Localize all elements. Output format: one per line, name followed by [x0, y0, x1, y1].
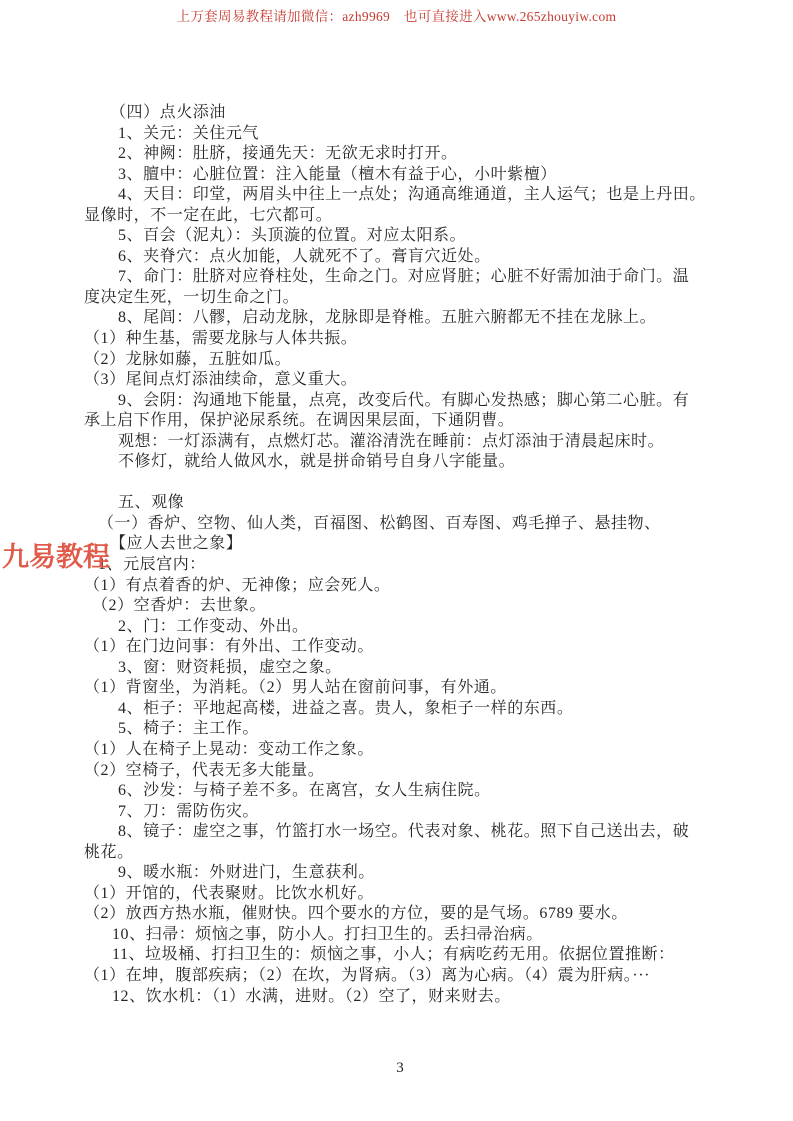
text-line: 观想：一灯添满有，点燃灯芯。灌浴清洗在睡前：点灯添油于清晨起床时。: [84, 432, 724, 453]
watermark-logo: 九易教程: [2, 543, 110, 571]
text-line: 2、门：工作变动、外出。: [84, 617, 724, 638]
text-line: 5、百会（泥丸）：头顶漩的位置。对应太阳系。: [84, 226, 724, 247]
text-line: 1、元辰宫内：: [84, 555, 724, 576]
text-line: 7、命门：肚脐对应脊柱处，生命之门。对应肾脏；心脏不好需加油于命门。温: [84, 267, 724, 288]
text-line: （1）背窗坐，为消耗。（2）男人站在窗前问事，有外通。: [84, 678, 724, 699]
text-line: 8、尾闾：八髎，启动龙脉，龙脉即是脊椎。五脏六腑都无不挂在龙脉上。: [84, 308, 724, 329]
text-line: 显像时，不一定在此，七穴都可。: [84, 206, 724, 227]
text-line: 4、天目：印堂，两眉头中往上一点处；沟通高维通道，主人运气；也是上丹田。: [84, 185, 724, 206]
text-line: 5、椅子：主工作。: [84, 719, 724, 740]
text-line: 1、关元：关住元气: [84, 124, 724, 145]
text-line: 6、沙发：与椅子差不多。在离宫，女人生病住院。: [84, 781, 724, 802]
text-line: （1）有点着香的炉、无神像；应会死人。: [84, 576, 724, 597]
document-page: 上万套周易教程请加微信：azh9969 也可直接进入www.265zhouyiw…: [0, 0, 793, 1121]
text-line: 4、柜子：平地起高楼，进益之喜。贵人，象柜子一样的东西。: [84, 699, 724, 720]
text-line: 2、神阙：肚脐，接通先天：无欲无求时打开。: [84, 144, 724, 165]
text-line: （2）龙脉如藤，五脏如瓜。: [84, 350, 724, 371]
text-line: 8、镜子：虚空之事，竹篮打水一场空。代表对象、桃花。照下自己送出去，破: [84, 822, 724, 843]
text-line: （3）尾间点灯添油续命，意义重大。: [84, 370, 724, 391]
text-line: 6、夹脊穴：点火加能，人就死不了。膏肓穴近处。: [84, 247, 724, 268]
text-line: 五、观像: [84, 493, 724, 514]
text-line: 【应人去世之象】: [84, 534, 724, 555]
text-line: 不修灯，就给人做风水，就是拼命销号自身八字能量。: [84, 452, 724, 473]
text-line: （四）点火添油: [84, 103, 724, 124]
text-line: （一）香炉、空物、仙人类，百福图、松鹤图、百寿图、鸡毛掸子、悬挂物、: [84, 514, 724, 535]
text-line: 3、窗：财资耗损，虚空之象。: [84, 658, 724, 679]
text-line: （1）在门边问事：有外出、工作变动。: [84, 637, 724, 658]
blank-line: [84, 473, 724, 494]
promo-header: 上万套周易教程请加微信：azh9969 也可直接进入www.265zhouyiw…: [0, 5, 793, 25]
text-line: 9、暖水瓶：外财进门，生意获利。: [84, 863, 724, 884]
text-line: 7、刀：需防伤灾。: [84, 802, 724, 823]
text-line: 度决定生死，一切生命之门。: [84, 288, 724, 309]
text-line: 承上启下作用，保护泌尿系统。在调因果层面，下通阴曹。: [84, 411, 724, 432]
text-line: 桃花。: [84, 843, 724, 864]
text-line: （2）空椅子，代表无多大能量。: [84, 761, 724, 782]
text-line: 9、会阴：沟通地下能量，点亮，改变后代。有脚心发热感；脚心第二心脏。有: [84, 391, 724, 412]
text-line: （1）人在椅子上晃动：变动工作之象。: [84, 740, 724, 761]
text-line: （1）在坤，腹部疾病；（2）在坎，为肾病。（3）离为心病。（4）震为肝病。···: [84, 966, 724, 987]
text-line: 11、垃圾桶、打扫卫生的：烦恼之事，小人；有病吃药无用。依据位置推断：: [84, 945, 724, 966]
text-line: 10、扫帚：烦恼之事，防小人。打扫卫生的。丢扫帚治病。: [84, 925, 724, 946]
text-line: 3、膻中：心脏位置：注入能量（檀木有益于心，小叶紫檀）: [84, 165, 724, 186]
document-lines: （四）点火添油1、关元：关住元气2、神阙：肚脐，接通先天：无欲无求时打开。3、膻…: [84, 103, 724, 1007]
text-line: （1）开馆的，代表聚财。比饮水机好。: [84, 884, 724, 905]
page-number: 3: [84, 1060, 716, 1077]
text-line: （1）种生基，需要龙脉与人体共振。: [84, 329, 724, 350]
text-line: 12、饮水机：（1）水满，进财。（2）空了，财来财去。: [84, 987, 724, 1008]
text-line: （2）放西方热水瓶，催财快。四个要水的方位，要的是气场。6789 要水。: [84, 904, 724, 925]
text-line: （2）空香炉：去世象。: [84, 596, 724, 617]
